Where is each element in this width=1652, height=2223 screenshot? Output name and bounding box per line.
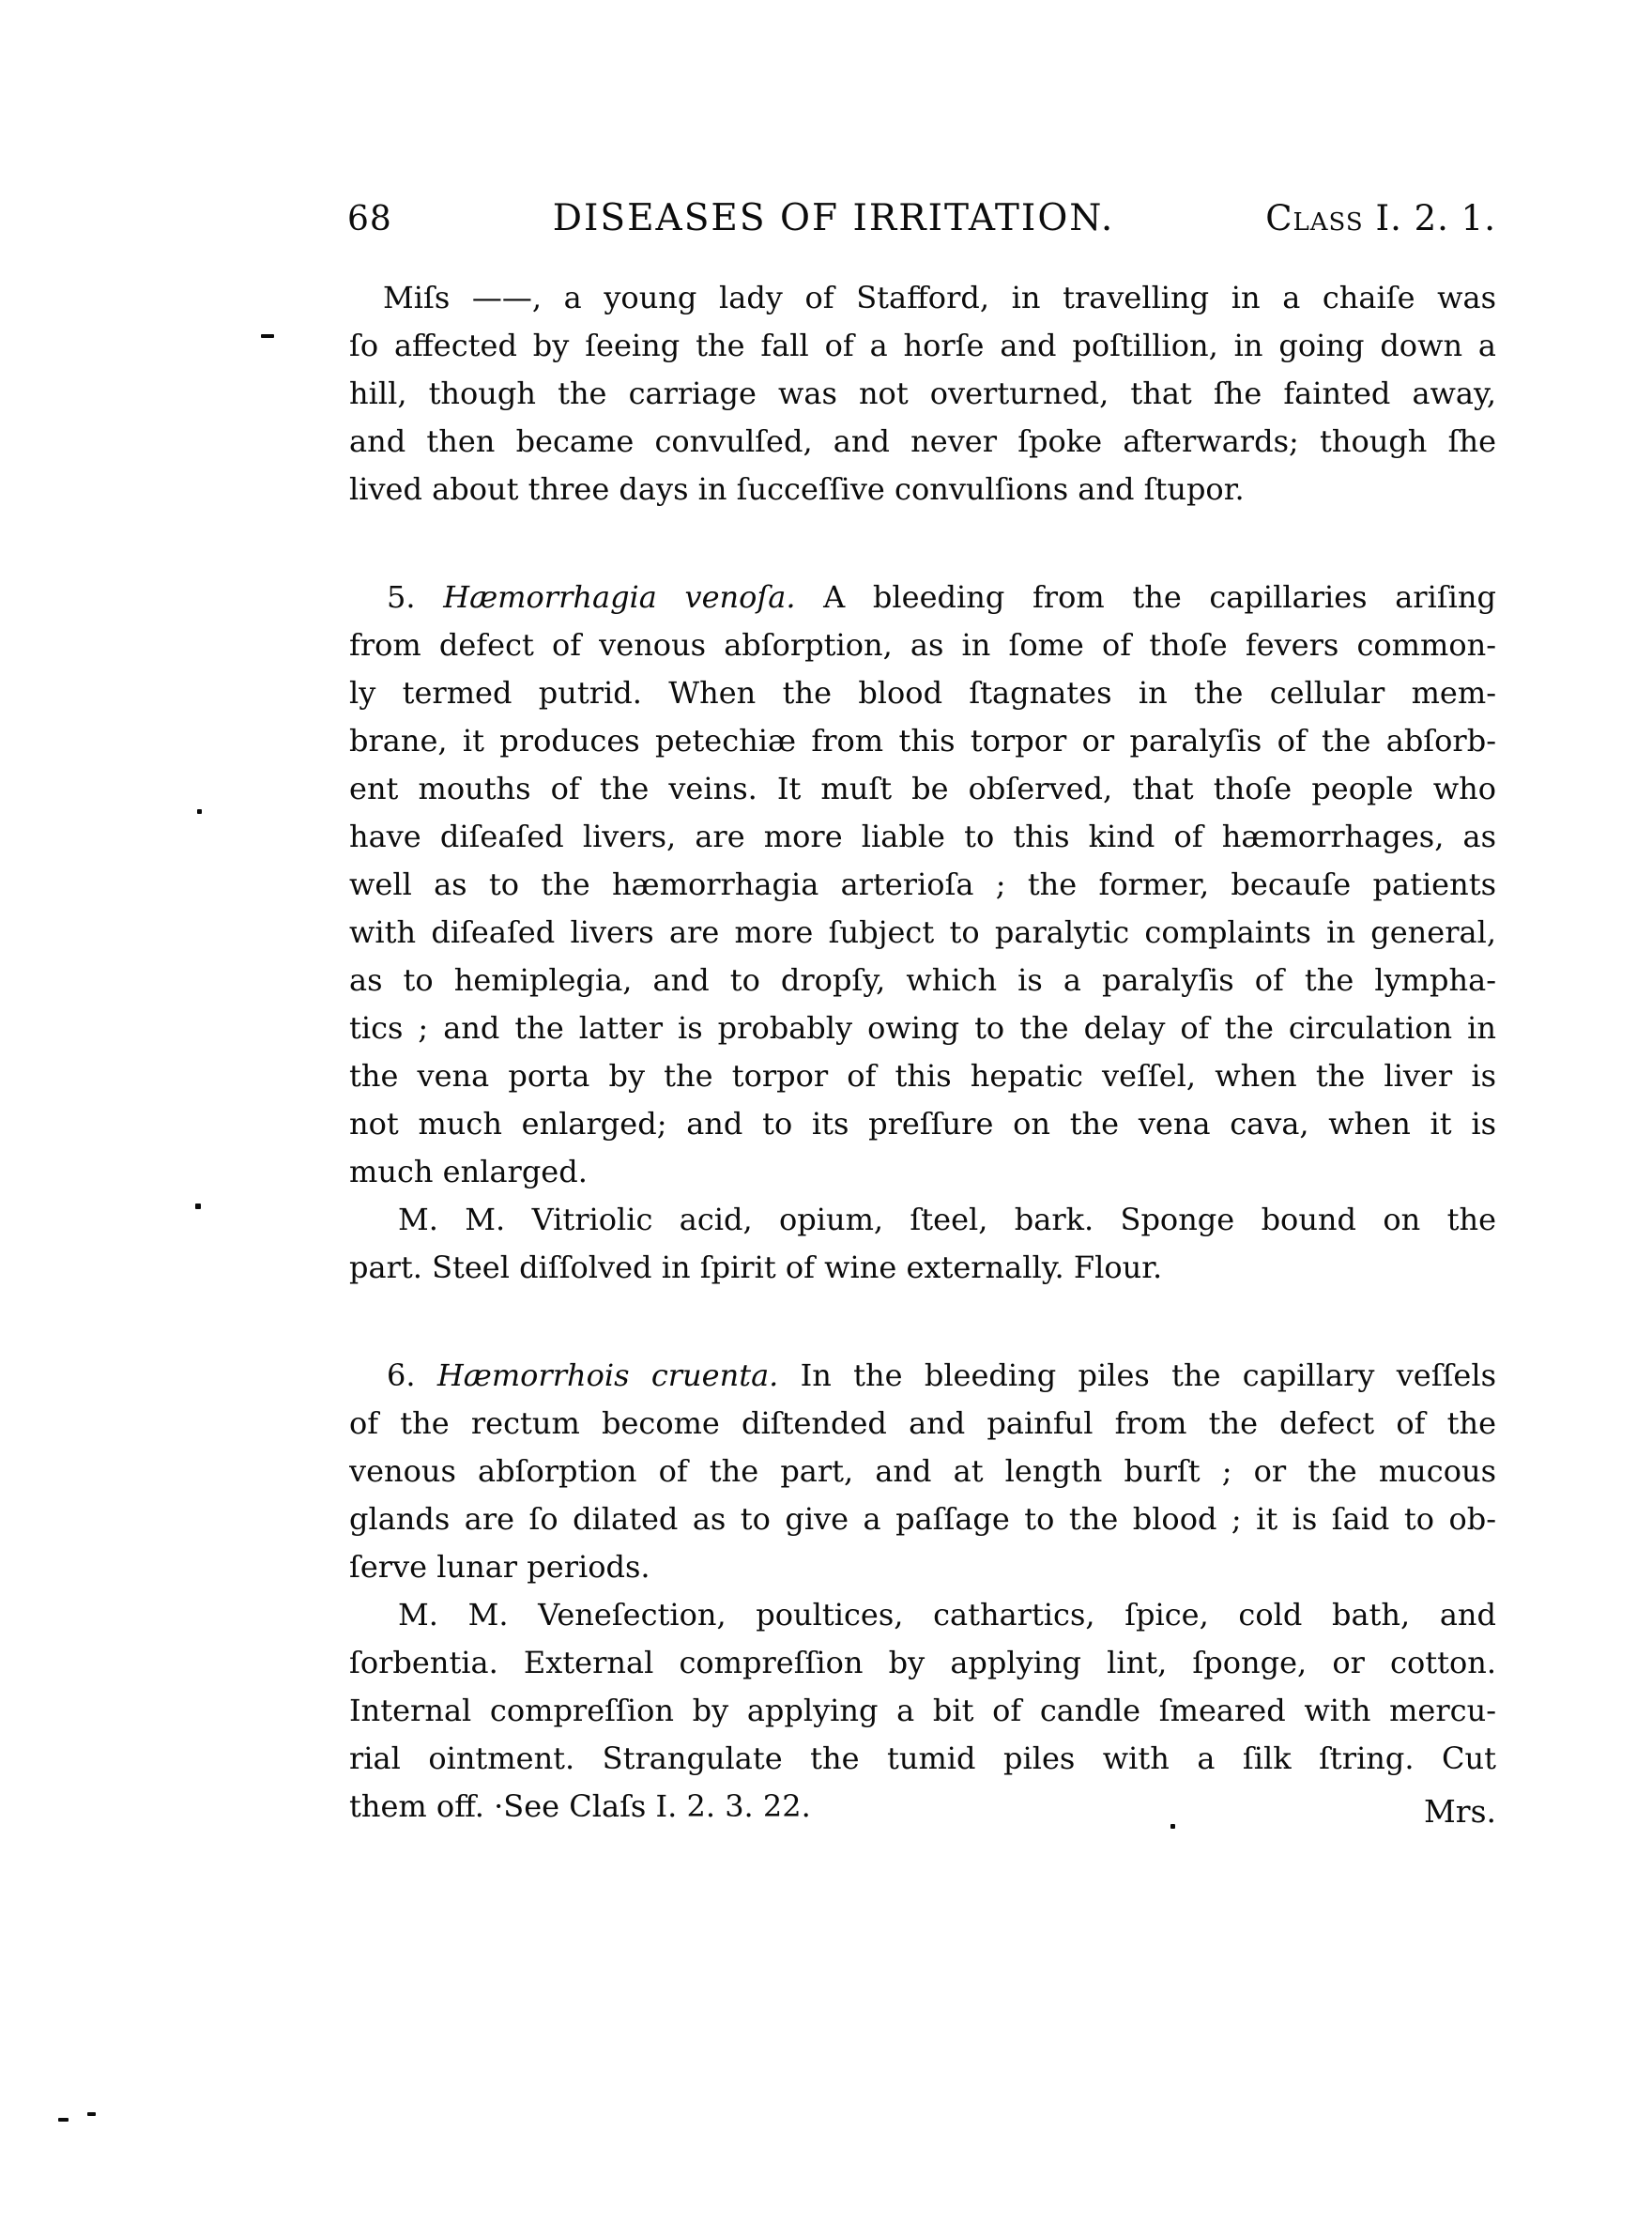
page-header: 68 DISEASES OF IRRITATION. Class I. 2. 1… — [347, 197, 1496, 239]
text-line: brane, it produces petechiæ from this to… — [349, 717, 1496, 765]
text-segment: well as to the hæmorrhagia arterioſa ; t… — [349, 866, 1496, 902]
text-segment: 5. — [387, 579, 443, 615]
text-line: ly termed putrid. When the blood ſtagnat… — [349, 669, 1496, 717]
text-line: with diſeaſed livers are more ſubject to… — [349, 909, 1496, 957]
text-segment: M. M. Vitriolic acid, opium, ſteel, bark… — [398, 1202, 1496, 1237]
text-line: 6. Hæmorrhois cruenta. In the bleeding p… — [349, 1352, 1496, 1400]
text-line: glands are ſo dilated as to give a paſſa… — [349, 1495, 1496, 1543]
text-line: Internal compreſſion by applying a bit o… — [349, 1687, 1496, 1735]
catchword-row: Mrs. — [349, 1793, 1496, 1830]
text-block: Miſs ——, a young lady of Stafford, in tr… — [349, 274, 1496, 1831]
text-line: ſerve lunar periods. — [349, 1543, 1496, 1591]
latin-term-italic: Hæmorrhois cruenta. — [437, 1357, 779, 1393]
text-segment: brane, it produces petechiæ from this to… — [349, 723, 1496, 759]
text-segment: the vena porta by the torpor of this hep… — [349, 1058, 1496, 1094]
text-line: not much enlarged; and to its preſſure o… — [349, 1100, 1496, 1148]
text-segment: ly termed putrid. When the blood ſtagnat… — [349, 675, 1496, 711]
text-segment: ſorbentia. External compreſſion by apply… — [349, 1645, 1496, 1680]
ink-speck — [261, 334, 274, 338]
text-line: ſo affected by ſeeing the fall of a horſ… — [349, 322, 1496, 370]
text-line: ent mouths of the veins. It muſt be obſe… — [349, 765, 1496, 813]
running-title: DISEASES OF IRRITATION. — [392, 197, 1265, 239]
text-line: M. M. Vitriolic acid, opium, ſteel, bark… — [349, 1196, 1496, 1244]
text-line: much enlarged. — [349, 1148, 1496, 1196]
text-line: rial ointment. Strangulate the tumid pil… — [349, 1735, 1496, 1783]
text-line: part. Steel diſſolved in ſpirit of wine … — [349, 1244, 1496, 1292]
text-line: from defect of venous abſorption, as in … — [349, 621, 1496, 669]
book-page: 68 DISEASES OF IRRITATION. Class I. 2. 1… — [0, 0, 1652, 2223]
text-line: hill, though the carriage was not overtu… — [349, 370, 1496, 418]
paragraph: M. M. Vitriolic acid, opium, ſteel, bark… — [349, 1196, 1496, 1292]
text-segment: from defect of venous abſorption, as in … — [349, 627, 1496, 663]
text-line: have diſeaſed livers, are more liable to… — [349, 813, 1496, 861]
text-line: lived about three days in ſucceſſive con… — [349, 466, 1496, 514]
latin-term-italic: Hæmorrhagia venoſa. — [443, 579, 795, 615]
paragraph: 5. Hæmorrhagia venoſa. A bleeding from t… — [349, 574, 1496, 1196]
text-segment: lived about three days in ſucceſſive con… — [349, 471, 1245, 507]
text-segment: A bleeding from the capillaries ariſing — [796, 579, 1497, 615]
text-segment: glands are ſo dilated as to give a paſſa… — [349, 1501, 1496, 1537]
text-segment: of the rectum become diſtended and painf… — [349, 1405, 1496, 1441]
text-line: tics ; and the latter is probably owing … — [349, 1004, 1496, 1052]
paragraph: 6. Hæmorrhois cruenta. In the bleeding p… — [349, 1352, 1496, 1591]
paragraph: Miſs ——, a young lady of Stafford, in tr… — [349, 274, 1496, 514]
text-line: venous abſorption of the part, and at le… — [349, 1448, 1496, 1495]
text-segment: In the bleeding piles the capillary veſſ… — [778, 1357, 1496, 1393]
text-segment: as to hemiplegia, and to dropſy, which i… — [349, 962, 1496, 998]
ink-speck — [195, 1203, 201, 1209]
ink-speck — [197, 809, 202, 814]
text-line: Miſs ——, a young lady of Stafford, in tr… — [349, 274, 1496, 322]
text-segment: 6. — [387, 1357, 437, 1393]
text-line: M. M. Veneſection, poultices, cathartics… — [349, 1591, 1496, 1639]
text-segment: with diſeaſed livers are more ſubject to… — [349, 914, 1496, 950]
text-segment: ent mouths of the veins. It muſt be obſe… — [349, 771, 1496, 806]
text-segment: much enlarged. — [349, 1154, 588, 1189]
class-section-label: Class I. 2. 1. — [1265, 198, 1496, 238]
text-segment: and then became convulſed, and never ſpo… — [349, 423, 1496, 459]
text-line: ſorbentia. External compreſſion by apply… — [349, 1639, 1496, 1687]
text-segment: have diſeaſed livers, are more liable to… — [349, 819, 1496, 854]
text-segment: venous abſorption of the part, and at le… — [349, 1453, 1496, 1489]
catchword: Mrs. — [1424, 1793, 1496, 1830]
text-segment: not much enlarged; and to its preſſure o… — [349, 1106, 1496, 1142]
text-segment: M. M. Veneſection, poultices, cathartics… — [398, 1597, 1496, 1633]
text-line: the vena porta by the torpor of this hep… — [349, 1052, 1496, 1100]
ink-speck — [1170, 1824, 1175, 1829]
text-line: well as to the hæmorrhagia arterioſa ; t… — [349, 861, 1496, 909]
text-segment: ſo affected by ſeeing the fall of a horſ… — [349, 328, 1496, 363]
ink-speck — [87, 2112, 96, 2116]
text-segment: part. Steel diſſolved in ſpirit of wine … — [349, 1249, 1162, 1285]
ink-speck — [58, 2118, 69, 2122]
text-segment: Miſs ——, a young lady of Stafford, in tr… — [383, 280, 1496, 315]
page-number: 68 — [347, 200, 392, 238]
text-line: and then became convulſed, and never ſpo… — [349, 418, 1496, 466]
text-segment: ſerve lunar periods. — [349, 1549, 650, 1585]
text-segment: Internal compreſſion by applying a bit o… — [349, 1693, 1496, 1728]
text-line: 5. Hæmorrhagia venoſa. A bleeding from t… — [349, 574, 1496, 621]
text-line: of the rectum become diſtended and painf… — [349, 1400, 1496, 1448]
text-segment: hill, though the carriage was not overtu… — [349, 376, 1496, 411]
text-segment: rial ointment. Strangulate the tumid pil… — [349, 1740, 1496, 1776]
text-segment: tics ; and the latter is probably owing … — [349, 1010, 1496, 1046]
text-line: as to hemiplegia, and to dropſy, which i… — [349, 957, 1496, 1004]
